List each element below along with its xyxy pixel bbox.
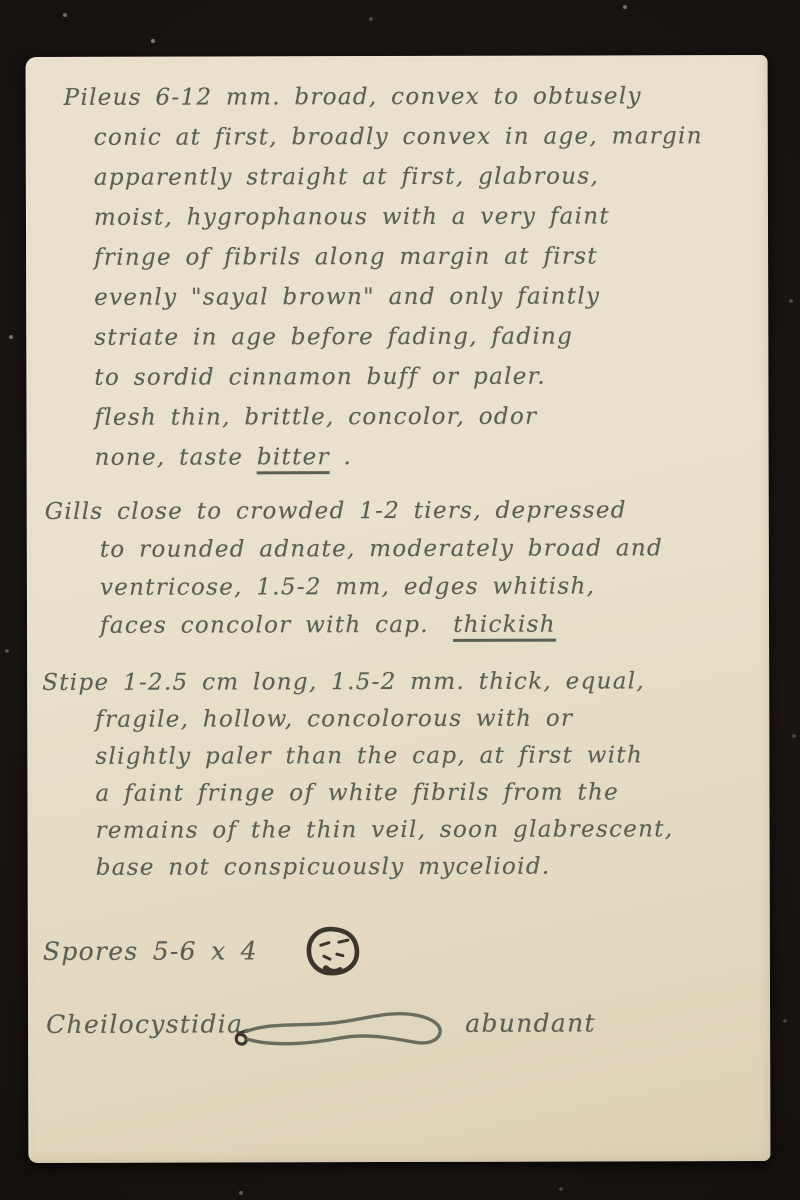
note-line: Pileus 6-12 mm. broad, convex to obtusel…: [64, 76, 703, 118]
underlined-word: bitter: [257, 444, 330, 474]
note-text: .: [330, 444, 352, 470]
note-line: slightly paler than the cap, at first wi…: [42, 737, 673, 776]
note-text: remains of the thin veil, soon glabresce…: [96, 816, 674, 844]
note-text: a faint fringe of white fibrils from the: [95, 779, 619, 806]
stipe-paragraph: Stipe 1-2.5 cm long, 1.5-2 mm. thick, eq…: [42, 663, 673, 887]
note-line: remains of the thin veil, soon glabresce…: [43, 811, 674, 850]
note-line: base not conspicuously mycelioid.: [43, 848, 674, 887]
note-text: Pileus 6-12 mm. broad, convex to obtusel…: [64, 83, 642, 111]
note-text: Cheilocystidia: [46, 1009, 243, 1039]
note-line: faces concolor with cap. thickish: [45, 605, 663, 645]
spores-line: Spores 5-6 x 4: [43, 924, 364, 979]
note-line: to rounded adnate, moderately broad and: [45, 529, 663, 569]
note-text: none, taste: [95, 444, 257, 470]
note-text: base not conspicuously mycelioid.: [96, 854, 551, 881]
note-line: to sordid cinnamon buff or paler.: [64, 356, 703, 398]
cheilocystidia-line: Cheilocystidia abundant: [46, 993, 596, 1054]
index-card: Pileus 6-12 mm. broad, convex to obtusel…: [26, 55, 771, 1163]
underlined-word: thickish: [453, 612, 556, 642]
note-line: striate in age before fading, fading: [64, 316, 703, 358]
gills-paragraph: Gills close to crowded 1-2 tiers, depres…: [45, 491, 664, 645]
note-line: Cheilocystidia: [46, 999, 243, 1050]
spore-sketch: [302, 924, 364, 978]
note-line: Gills close to crowded 1-2 tiers, depres…: [45, 491, 663, 531]
note-line: fringe of fibrils along margin at first: [64, 236, 703, 278]
note-line: fragile, hollow, concolorous with or: [42, 700, 673, 739]
note-line: Spores 5-6 x 4: [43, 927, 258, 976]
note-line: Stipe 1-2.5 cm long, 1.5-2 mm. thick, eq…: [42, 663, 673, 702]
note-text: Gills close to crowded 1-2 tiers, depres…: [45, 497, 627, 525]
pileus-paragraph: Pileus 6-12 mm. broad, convex to obtusel…: [64, 76, 704, 478]
note-text: abundant: [465, 1008, 596, 1037]
note-text: flesh thin, brittle, concolor, odor: [94, 404, 537, 431]
note-line: abundant: [465, 998, 596, 1048]
note-text: fringe of fibrils along margin at first: [94, 243, 598, 270]
note-line: none, taste bitter .: [65, 436, 704, 478]
note-line: apparently straight at first, glabrous,: [64, 156, 703, 198]
lint-specks: [0, 0, 2, 2]
note-text: to sordid cinnamon buff or paler.: [94, 364, 546, 391]
note-line: evenly "sayal brown" and only faintly: [64, 276, 703, 318]
note-text: fragile, hollow, concolorous with or: [95, 706, 573, 733]
note-text: striate in age before fading, fading: [94, 324, 573, 351]
note-line: flesh thin, brittle, concolor, odor: [64, 396, 703, 438]
note-line: moist, hygrophanous with a very faint: [64, 196, 703, 238]
note-text: conic at first, broadly convex in age, m…: [94, 123, 703, 151]
note-line: a faint fringe of white fibrils from the: [42, 774, 673, 813]
cystidium-sketch: [231, 1000, 449, 1055]
note-text: moist, hygrophanous with a very faint: [94, 203, 610, 230]
note-text: apparently straight at first, glabrous,: [94, 163, 599, 190]
note-line: ventricose, 1.5-2 mm, edges whitish,: [45, 567, 663, 607]
note-text: faces concolor with cap.: [100, 612, 453, 639]
note-text: Spores 5-6 x 4: [43, 936, 258, 966]
note-text: slightly paler than the cap, at first wi…: [95, 742, 643, 769]
note-text: ventricose, 1.5-2 mm, edges whitish,: [100, 573, 595, 600]
note-text: evenly "sayal brown" and only faintly: [94, 283, 600, 310]
note-text: to rounded adnate, moderately broad and: [100, 535, 663, 562]
note-line: conic at first, broadly convex in age, m…: [64, 116, 703, 158]
note-text: Stipe 1-2.5 cm long, 1.5-2 mm. thick, eq…: [42, 668, 645, 696]
